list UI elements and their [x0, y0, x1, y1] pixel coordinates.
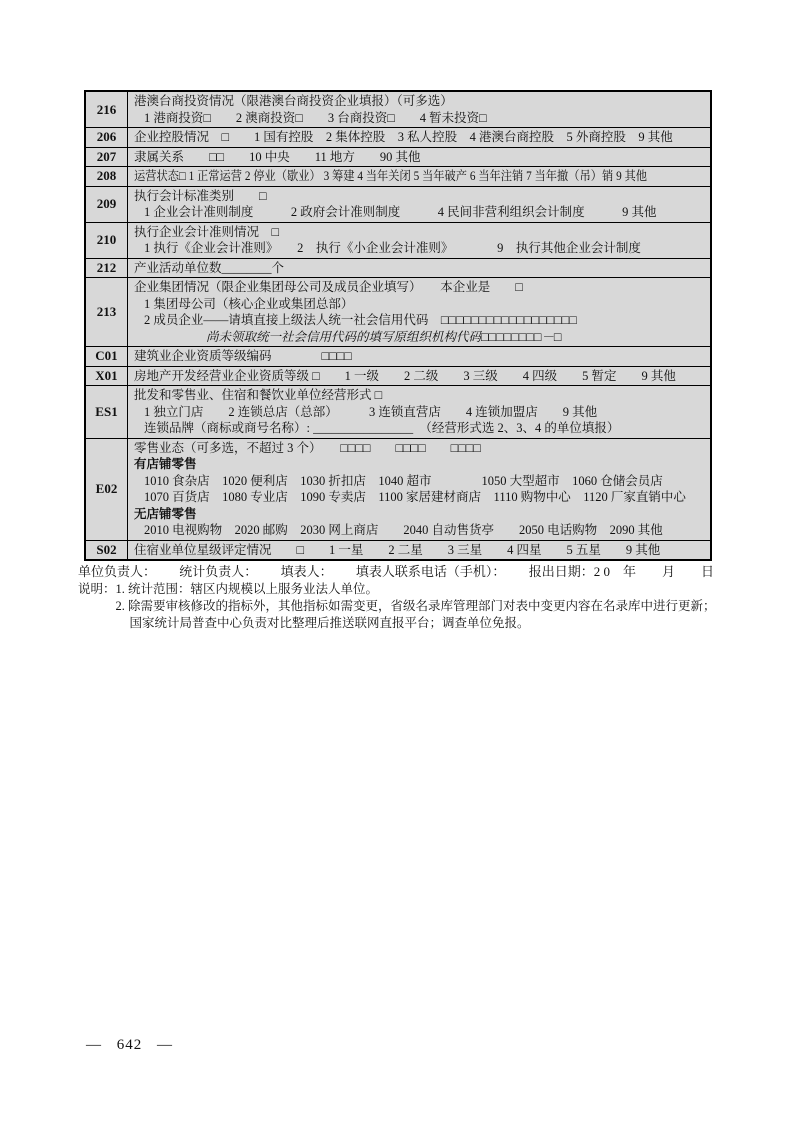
page-number: — 642 —: [86, 1037, 173, 1054]
row-code: ES1: [86, 386, 128, 438]
row-code: X01: [86, 367, 128, 386]
row-line: 1070 百货店 1080 专业店 1090 专卖店 1100 家居建材商店 1…: [134, 489, 704, 506]
row-line: 2010 电视购物 2020 邮购 2030 网上商店 2040 自动售货亭 2…: [134, 522, 704, 539]
table-row: 213企业集团情况（限企业集团母公司及成员企业填写） 本企业是 □1 集团母公司…: [86, 277, 710, 346]
row-line: 尚未领取统一社会信用代码的填写原组织机构代码□□□□□□□□－□: [134, 329, 704, 346]
row-line: 房地产开发经营业企业资质等级 □ 1 一级 2 二级 3 三级 4 四级 5 暂…: [134, 368, 704, 385]
row-code: 212: [86, 259, 128, 278]
table-row: 209执行会计标准类别 □1 企业会计准则制度 2 政府会计准则制度 4 民间非…: [86, 186, 710, 222]
row-code: C01: [86, 347, 128, 366]
row-content: 建筑业企业资质等级编码 □□□□: [128, 347, 710, 366]
row-content: 执行企业会计准则情况 □1 执行《企业会计准则》 2 执行《小企业会计准则》 9…: [128, 223, 710, 258]
statistics-responsible-label: 统计负责人：: [179, 563, 257, 580]
notes-section: 说明： 1. 统计范围：辖区内规模以上服务业法人单位。 2. 除需要审核修改的指…: [78, 581, 722, 632]
row-content: 企业控股情况 □ 1 国有控股 2 集体控股 3 私人控股 4 港澳台商控股 5…: [128, 128, 710, 147]
row-line: 1 港商投资□ 2 澳商投资□ 3 台商投资□ 4 暂未投资□: [134, 110, 704, 127]
form-filler-label: 填表人：: [281, 563, 333, 580]
row-code: 206: [86, 128, 128, 147]
row-line: 住宿业单位星级评定情况 □ 1 一星 2 二星 3 三星 4 四星 5 五星 9…: [134, 542, 704, 559]
table-row: 216港澳台商投资情况（限港澳台商投资企业填报）（可多选）1 港商投资□ 2 澳…: [86, 92, 710, 127]
table-row: 206企业控股情况 □ 1 国有控股 2 集体控股 3 私人控股 4 港澳台商控…: [86, 127, 710, 147]
row-code: 210: [86, 223, 128, 258]
row-line: 无店铺零售: [134, 506, 704, 523]
row-line: 执行会计标准类别 □: [134, 188, 704, 205]
row-line: 连锁品牌（商标或商号名称）: ________________ （经营形式选 2…: [134, 420, 704, 437]
note-item: 1. 统计范围：辖区内规模以上服务业法人单位。: [116, 581, 722, 598]
row-code: S02: [86, 541, 128, 560]
signature-row: 单位负责人： 统计负责人： 填表人： 填表人联系电话（手机）： 报出日期：2 0…: [78, 563, 714, 580]
row-content: 批发和零售业、住宿和餐饮业单位经营形式 □1 独立门店 2 连锁总店（总部） 3…: [128, 386, 710, 438]
unit-responsible-label: 单位负责人：: [78, 563, 156, 580]
row-line: 1 独立门店 2 连锁总店（总部） 3 连锁直营店 4 连锁加盟店 9 其他: [134, 404, 704, 421]
row-content: 运营状态□ 1 正常运营 2 停业（歇业） 3 筹建 4 当年关闭 5 当年破产…: [128, 167, 710, 186]
row-line: 企业集团情况（限企业集团母公司及成员企业填写） 本企业是 □: [134, 279, 704, 296]
row-line: 隶属关系 □□ 10 中央 11 地方 90 其他: [134, 149, 704, 166]
row-line: 执行企业会计准则情况 □: [134, 224, 704, 241]
row-content: 企业集团情况（限企业集团母公司及成员企业填写） 本企业是 □1 集团母公司（核心…: [128, 278, 710, 346]
table-row: E02零售业态（可多选，不超过 3 个） □□□□ □□□□ □□□□有店铺零售…: [86, 438, 710, 540]
row-code: 208: [86, 167, 128, 186]
filler-phone-label: 填表人联系电话（手机）：: [356, 563, 506, 580]
row-line: 批发和零售业、住宿和餐饮业单位经营形式 □: [134, 387, 704, 404]
row-content: 房地产开发经营业企业资质等级 □ 1 一级 2 二级 3 三级 4 四级 5 暂…: [128, 367, 710, 386]
notes-items: 1. 统计范围：辖区内规模以上服务业法人单位。 2. 除需要审核修改的指标外，其…: [116, 581, 722, 632]
report-date-label: 报出日期：2 0 年 月 日: [529, 563, 714, 580]
row-line: 有店铺零售: [134, 456, 704, 473]
row-content: 隶属关系 □□ 10 中央 11 地方 90 其他: [128, 148, 710, 167]
row-line: 1 集团母公司（核心企业或集团总部）: [134, 296, 704, 313]
row-content: 产业活动单位数________个: [128, 259, 710, 278]
row-line: 港澳台商投资情况（限港澳台商投资企业填报）（可多选）: [134, 93, 704, 110]
row-line: 1010 食杂店 1020 便利店 1030 折扣店 1040 超市 1050 …: [134, 473, 704, 490]
row-line: 零售业态（可多选，不超过 3 个） □□□□ □□□□ □□□□: [134, 440, 704, 457]
table-row: 212产业活动单位数________个: [86, 258, 710, 278]
row-line: 产业活动单位数________个: [134, 260, 704, 277]
row-content: 住宿业单位星级评定情况 □ 1 一星 2 二星 3 三星 4 四星 5 五星 9…: [128, 541, 710, 560]
table-row: X01房地产开发经营业企业资质等级 □ 1 一级 2 二级 3 三级 4 四级 …: [86, 366, 710, 386]
table-row: S02住宿业单位星级评定情况 □ 1 一星 2 二星 3 三星 4 四星 5 五…: [86, 540, 710, 560]
row-code: E02: [86, 439, 128, 540]
note-item: 2. 除需要审核修改的指标外，其他指标如需变更，省级名录库管理部门对表中变更内容…: [116, 598, 722, 632]
row-code: 207: [86, 148, 128, 167]
row-code: 216: [86, 92, 128, 127]
row-content: 港澳台商投资情况（限港澳台商投资企业填报）（可多选）1 港商投资□ 2 澳商投资…: [128, 92, 710, 127]
document-page: 216港澳台商投资情况（限港澳台商投资企业填报）（可多选）1 港商投资□ 2 澳…: [0, 0, 793, 1122]
row-line: 2 成员企业——请填直接上级法人统一社会信用代码 □□□□□□□□□□□□□□□…: [134, 312, 704, 329]
table-row: ES1批发和零售业、住宿和餐饮业单位经营形式 □1 独立门店 2 连锁总店（总部…: [86, 385, 710, 438]
row-line: 1 执行《企业会计准则》 2 执行《小企业会计准则》 9 执行其他企业会计制度: [134, 240, 704, 257]
row-code: 213: [86, 278, 128, 346]
row-code: 209: [86, 187, 128, 222]
row-line: 运营状态□ 1 正常运营 2 停业（歇业） 3 筹建 4 当年关闭 5 当年破产…: [134, 168, 647, 185]
row-line: 1 企业会计准则制度 2 政府会计准则制度 4 民间非营利组织会计制度 9 其他: [134, 204, 704, 221]
form-table: 216港澳台商投资情况（限港澳台商投资企业填报）（可多选）1 港商投资□ 2 澳…: [84, 90, 712, 561]
row-line: 建筑业企业资质等级编码 □□□□: [134, 348, 704, 365]
table-row: C01建筑业企业资质等级编码 □□□□: [86, 346, 710, 366]
table-row: 207隶属关系 □□ 10 中央 11 地方 90 其他: [86, 147, 710, 167]
row-line: 企业控股情况 □ 1 国有控股 2 集体控股 3 私人控股 4 港澳台商控股 5…: [134, 129, 704, 146]
table-row: 208运营状态□ 1 正常运营 2 停业（歇业） 3 筹建 4 当年关闭 5 当…: [86, 166, 710, 186]
row-content: 零售业态（可多选，不超过 3 个） □□□□ □□□□ □□□□有店铺零售101…: [128, 439, 710, 540]
table-row: 210执行企业会计准则情况 □1 执行《企业会计准则》 2 执行《小企业会计准则…: [86, 222, 710, 258]
notes-label: 说明：: [78, 581, 116, 632]
row-content: 执行会计标准类别 □1 企业会计准则制度 2 政府会计准则制度 4 民间非营利组…: [128, 187, 710, 222]
